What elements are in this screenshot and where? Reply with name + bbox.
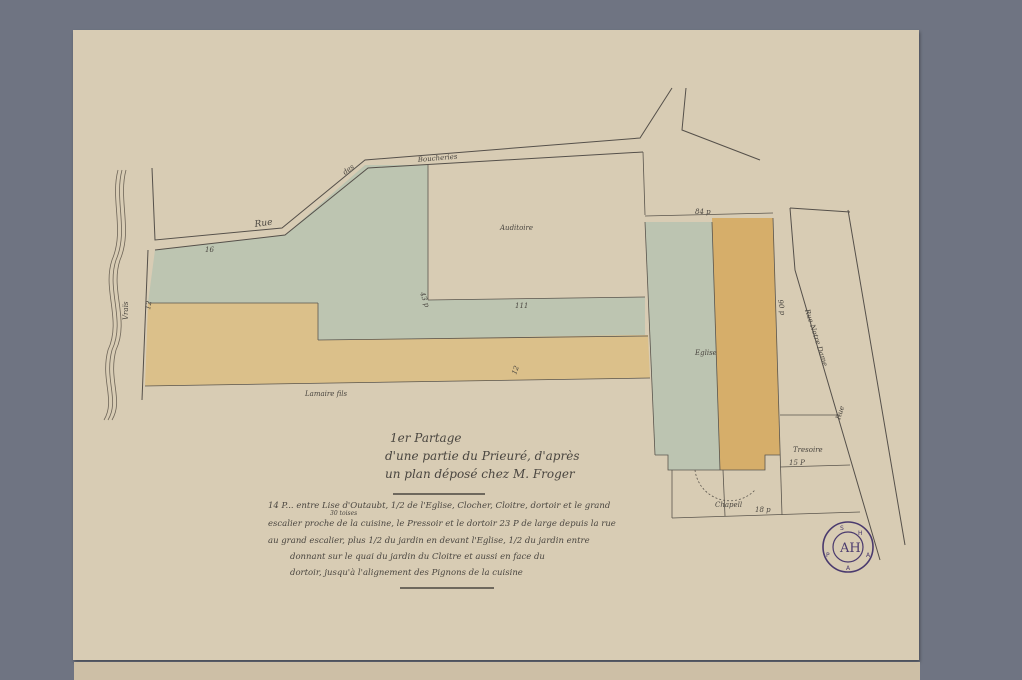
description-line-2: escalier proche de la cuisine, le Presso…: [268, 519, 616, 529]
title-line-1: 1er Partage: [390, 431, 461, 445]
svg-text:H: H: [858, 530, 863, 537]
svg-text:P: P: [826, 552, 830, 559]
svg-text:A: A: [846, 565, 851, 572]
street-label-notre-dame: Rue Notre Dame: [803, 307, 829, 367]
title-line-2: d'une partie du Prieuré, d'après: [385, 449, 579, 463]
title-line-3: un plan déposé chez M. Froger: [385, 467, 576, 481]
svg-text:S: S: [840, 525, 844, 532]
street-label-boucheries: Boucheries: [416, 153, 458, 165]
label-auditoire: Auditoire: [499, 224, 533, 232]
street-label-rue-right: Rue: [834, 405, 846, 422]
description-note: 30 toises: [330, 510, 357, 517]
label-chapelle: Chapell: [715, 501, 742, 509]
dim-right: 90 p: [776, 299, 787, 316]
street-label-des: des: [341, 163, 356, 177]
label-tresoire: Tresoire: [793, 446, 823, 454]
description-line-5: dortoir, jusqu'à l'alignement des Pignon…: [290, 567, 523, 578]
label-eglise: Eglise: [694, 349, 717, 357]
dim-left-top: 16: [205, 246, 214, 254]
archive-stamp: AH S H A A P: [823, 522, 873, 572]
site-plan: Rue des Boucheries Vraïs Rue Notre Dame …: [0, 0, 1022, 680]
label-neighbor: Lamaire fils: [304, 390, 347, 398]
description-line-4: donnant sur le quai du jardin du Cloitre…: [290, 552, 545, 562]
river: [104, 170, 126, 420]
stamp-monogram: AH: [839, 541, 861, 556]
dim-chapelle: 18 p: [755, 506, 771, 514]
river-label: Vraïs: [122, 301, 130, 320]
dim-mid: 111: [515, 302, 528, 310]
street-label-rue: Rue: [253, 218, 273, 231]
description-line-3: au grand escalier, plus 1/2 du jardin en…: [268, 536, 590, 546]
dim-top: 84 p: [695, 208, 711, 216]
description-line-1: 14 P... entre Lise d'Outaubt, 1/2 de l'E…: [268, 501, 611, 511]
dim-tresoire: 15 P: [789, 459, 805, 467]
